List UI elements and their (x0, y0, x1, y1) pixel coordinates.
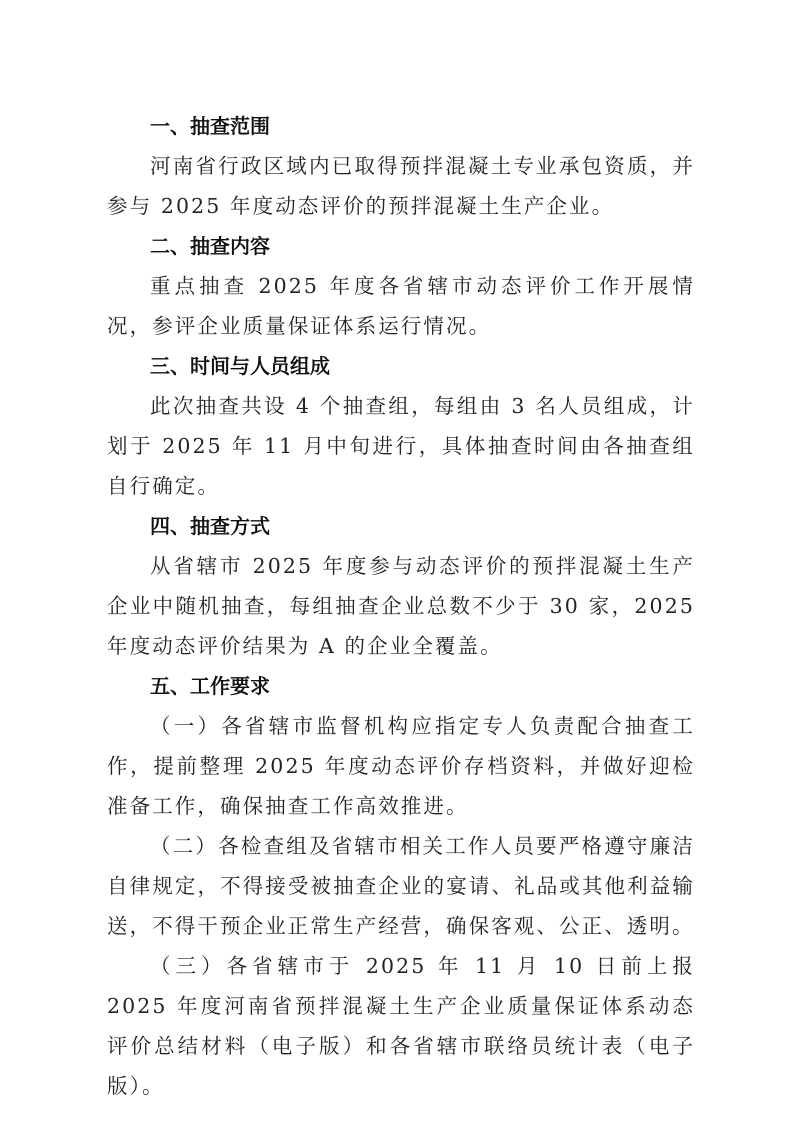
section-heading-content: 二、抽查内容 (107, 226, 695, 266)
section-heading-schedule-staff: 三、时间与人员组成 (107, 346, 695, 386)
requirement-item-2: （二）各检查组及省辖市相关工作人员要严格遵守廉洁自律规定，不得接受被抽查企业的宴… (107, 826, 695, 946)
requirement-item-3: （三）各省辖市于 2025 年 11 月 10 日前上报 2025 年度河南省预… (107, 946, 695, 1106)
paragraph: 此次抽查共设 4 个抽查组，每组由 3 名人员组成，计划于 2025 年 11 … (107, 386, 695, 506)
section-body-requirements: （一）各省辖市监督机构应指定专人负责配合抽查工作，提前整理 2025 年度动态评… (107, 706, 695, 1106)
section-body-method: 从省辖市 2025 年度参与动态评价的预拌混凝土生产企业中随机抽查，每组抽查企业… (107, 546, 695, 666)
paragraph: 从省辖市 2025 年度参与动态评价的预拌混凝土生产企业中随机抽查，每组抽查企业… (107, 546, 695, 666)
paragraph: 重点抽查 2025 年度各省辖市动态评价工作开展情况，参评企业质量保证体系运行情… (107, 266, 695, 346)
section-body-schedule-staff: 此次抽查共设 4 个抽查组，每组由 3 名人员组成，计划于 2025 年 11 … (107, 386, 695, 506)
requirement-item-1: （一）各省辖市监督机构应指定专人负责配合抽查工作，提前整理 2025 年度动态评… (107, 706, 695, 826)
section-heading-requirements: 五、工作要求 (107, 666, 695, 706)
document-page: 一、抽查范围 河南省行政区域内已取得预拌混凝土专业承包资质，并参与 2025 年… (107, 106, 695, 1106)
paragraph: 河南省行政区域内已取得预拌混凝土专业承包资质，并参与 2025 年度动态评价的预… (107, 146, 695, 226)
section-heading-method: 四、抽查方式 (107, 506, 695, 546)
section-body-content: 重点抽查 2025 年度各省辖市动态评价工作开展情况，参评企业质量保证体系运行情… (107, 266, 695, 346)
section-body-scope: 河南省行政区域内已取得预拌混凝土专业承包资质，并参与 2025 年度动态评价的预… (107, 146, 695, 226)
section-heading-scope: 一、抽查范围 (107, 106, 695, 146)
